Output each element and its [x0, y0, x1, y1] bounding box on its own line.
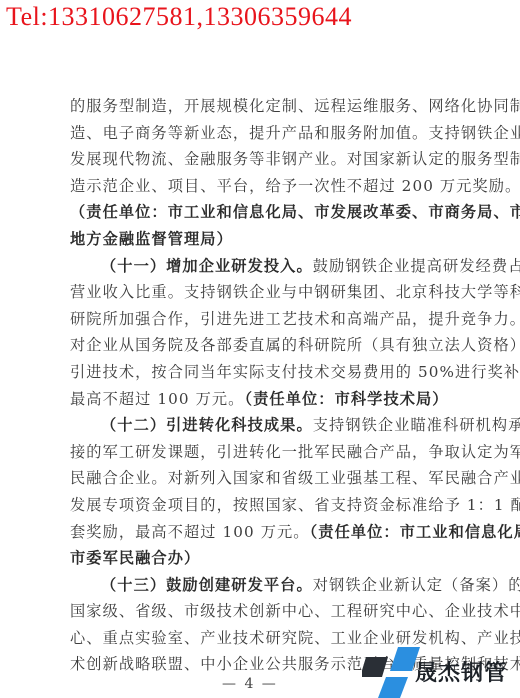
responsible-unit: （责任单位：市科学技术局） — [244, 390, 448, 408]
contact-phone-watermark: Tel:13310627581,13306359644 — [6, 2, 352, 32]
page-number: — 4 — — [222, 676, 278, 692]
line-text: 发展专项资金项目的，按照国家、省支持资金标准给予 1：1 配 — [70, 496, 520, 514]
document-line: 国家级、省级、市级技术创新中心、工程研究中心、企业技术中 — [70, 598, 462, 625]
line-text: 研院所加强合作，引进先进工艺技术和高端产品，提升竞争力。 — [70, 310, 520, 328]
line-text: 套奖励，最高不超过 100 万元。 — [70, 523, 310, 541]
document-line: 民融合企业。对新列入国家和省级工业强基工程、军民融合产业 — [70, 465, 462, 492]
line-text: 的服务型制造，开展规模化定制、远程运维服务、网络化协同制 — [70, 97, 520, 115]
line-text: 民融合企业。对新列入国家和省级工业强基工程、军民融合产业 — [70, 469, 520, 487]
document-body: 的服务型制造，开展规模化定制、远程运维服务、网络化协同制造、电子商务等新业态，提… — [70, 93, 462, 678]
document-line: 地方金融监督管理局） — [70, 226, 462, 253]
line-text: 市委军民融合办） — [70, 549, 200, 567]
line-text: 支持钢铁企业瞄准科研机构承 — [313, 416, 520, 434]
section-heading: （十一）增加企业研发投入。 — [101, 257, 313, 275]
document-line: 对企业从国务院及各部委直属的科研院所（具有独立法人资格） — [70, 332, 462, 359]
line-text: 鼓励钢铁企业提高研发经费占 — [313, 257, 520, 275]
line-text: 造示范企业、项目、平台，给予一次性不超过 200 万元奖励。 — [70, 177, 520, 195]
document-line: 发展现代物流、金融服务等非钢产业。对国家新认定的服务型制 — [70, 146, 462, 173]
line-text: （责任单位：市工业和信息化局、市发展改革委、市商务局、市 — [70, 203, 520, 221]
line-text: 营业收入比重。支持钢铁企业与中钢研集团、北京科技大学等科 — [70, 283, 520, 301]
document-line: 造示范企业、项目、平台，给予一次性不超过 200 万元奖励。 — [70, 173, 462, 200]
line-text: 地方金融监督管理局） — [70, 230, 233, 248]
document-line: （十二）引进转化科技成果。支持钢铁企业瞄准科研机构承 — [70, 412, 462, 439]
document-line: 引进技术，按合同当年实际支付技术交易费用的 50%进行奖补， — [70, 359, 462, 386]
document-line: （责任单位：市工业和信息化局、市发展改革委、市商务局、市 — [70, 199, 462, 226]
line-text: 造、电子商务等新业态，提升产品和服务附加值。支持钢铁企业 — [70, 124, 520, 142]
responsible-unit: （责任单位：市工业和信息化局、 — [310, 523, 520, 541]
section-heading: （十三）鼓励创建研发平台。 — [101, 576, 313, 594]
line-text: 国家级、省级、市级技术创新中心、工程研究中心、企业技术中 — [70, 602, 520, 620]
document-line: 造、电子商务等新业态，提升产品和服务附加值。支持钢铁企业 — [70, 120, 462, 147]
document-line: 发展专项资金项目的，按照国家、省支持资金标准给予 1：1 配 — [70, 492, 462, 519]
section-heading: （十二）引进转化科技成果。 — [101, 416, 313, 434]
document-line: （十一）增加企业研发投入。鼓励钢铁企业提高研发经费占 — [70, 253, 462, 280]
line-text: 对企业从国务院及各部委直属的科研院所（具有独立法人资格） — [70, 336, 520, 354]
document-line: 最高不超过 100 万元。（责任单位：市科学技术局） — [70, 386, 462, 413]
document-line: 的服务型制造，开展规模化定制、远程运维服务、网络化协同制 — [70, 93, 462, 120]
document-line: 营业收入比重。支持钢铁企业与中钢研集团、北京科技大学等科 — [70, 279, 462, 306]
document-line: （十三）鼓励创建研发平台。对钢铁企业新认定（备案）的 — [70, 572, 462, 599]
document-line: 市委军民融合办） — [70, 545, 462, 572]
line-text: 对钢铁企业新认定（备案）的 — [313, 576, 520, 594]
line-text: 最高不超过 100 万元。 — [70, 390, 244, 408]
document-line: 套奖励，最高不超过 100 万元。（责任单位：市工业和信息化局、 — [70, 519, 462, 546]
line-text: 接的军工研发课题，引进转化一批军民融合产品，争取认定为军 — [70, 443, 520, 461]
document-line: 接的军工研发课题，引进转化一批军民融合产品，争取认定为军 — [70, 439, 462, 466]
line-text: 发展现代物流、金融服务等非钢产业。对国家新认定的服务型制 — [70, 150, 520, 168]
document-line: 研院所加强合作，引进先进工艺技术和高端产品，提升竞争力。 — [70, 306, 462, 333]
company-logo-text: 晟杰钢管 — [415, 656, 507, 687]
line-text: 引进技术，按合同当年实际支付技术交易费用的 50%进行奖补， — [70, 363, 520, 381]
